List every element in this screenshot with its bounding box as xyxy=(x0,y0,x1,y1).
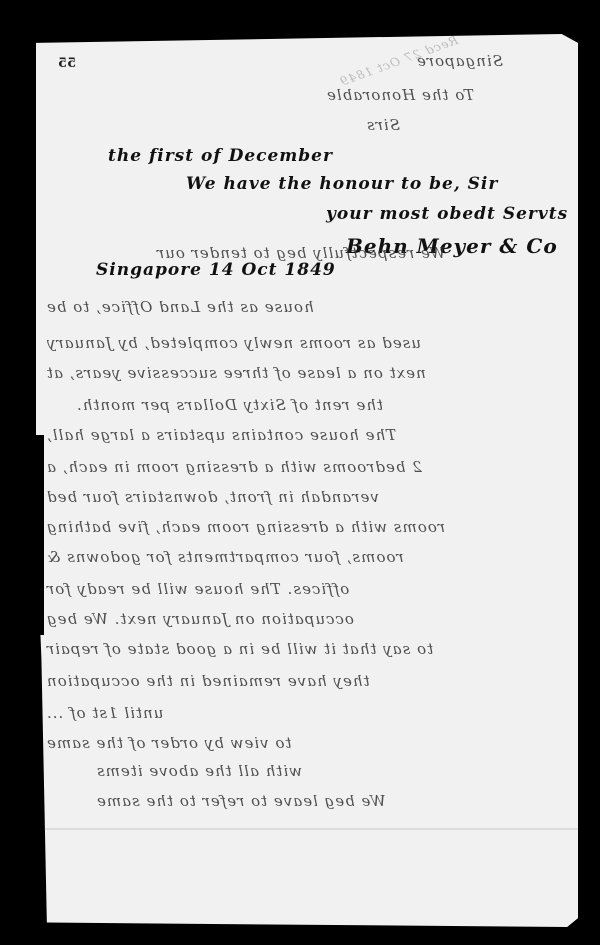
bleed-line: 2 bedrooms with a dressing room in each,… xyxy=(46,458,422,476)
torn-edge xyxy=(36,435,44,635)
bleed-line: rooms with a dressing room each, five ba… xyxy=(46,518,445,536)
bleed-line: Sirs xyxy=(366,116,400,134)
bleed-line: used as rooms newly completed, by Januar… xyxy=(46,334,421,352)
bleed-line: to view by order of the same xyxy=(46,734,291,752)
bleed-line: To the Honorable xyxy=(326,86,474,104)
closing-line-1: the first of December xyxy=(108,146,333,166)
bleed-line: We beg leave to refer to the same xyxy=(96,792,386,810)
bleed-line: occupation on January next. We beg xyxy=(46,610,354,628)
bleed-line: offices. The house will be ready for xyxy=(46,580,349,598)
bleed-line: verandah in front, downstairs four bed xyxy=(46,488,379,506)
bleed-line: next on a lease of three successive year… xyxy=(46,364,426,382)
document-page: 55 Recd 27 Oct 1849 Singapore To the Hon… xyxy=(36,34,578,927)
bleed-line: they have remained in the occupation xyxy=(46,672,370,690)
bleed-line: Singapore xyxy=(416,52,503,70)
bleed-line: The house contains upstairs a large hall… xyxy=(46,426,396,444)
page-fold xyxy=(36,828,578,830)
bleed-line: with all the above items xyxy=(96,762,302,780)
place-date: Singapore 14 Oct 1849 xyxy=(96,260,336,280)
bleed-line: to say that it will be in a good state o… xyxy=(46,640,433,658)
closing-line-2: We have the honour to be, Sir xyxy=(186,174,498,194)
bleed-line: the rent of Sixty Dollars per month. xyxy=(76,396,383,414)
closing-line-3: your most obedt Servts xyxy=(326,204,568,224)
bleed-line: house as the Land Office, to be xyxy=(46,298,314,316)
bleed-line: We respectfully beg to tender our xyxy=(156,244,445,262)
bleed-line: until 1st of ... xyxy=(46,704,163,722)
bleed-line: rooms, four compartments for godowns & xyxy=(46,548,404,566)
page-number: 55 xyxy=(58,56,76,71)
